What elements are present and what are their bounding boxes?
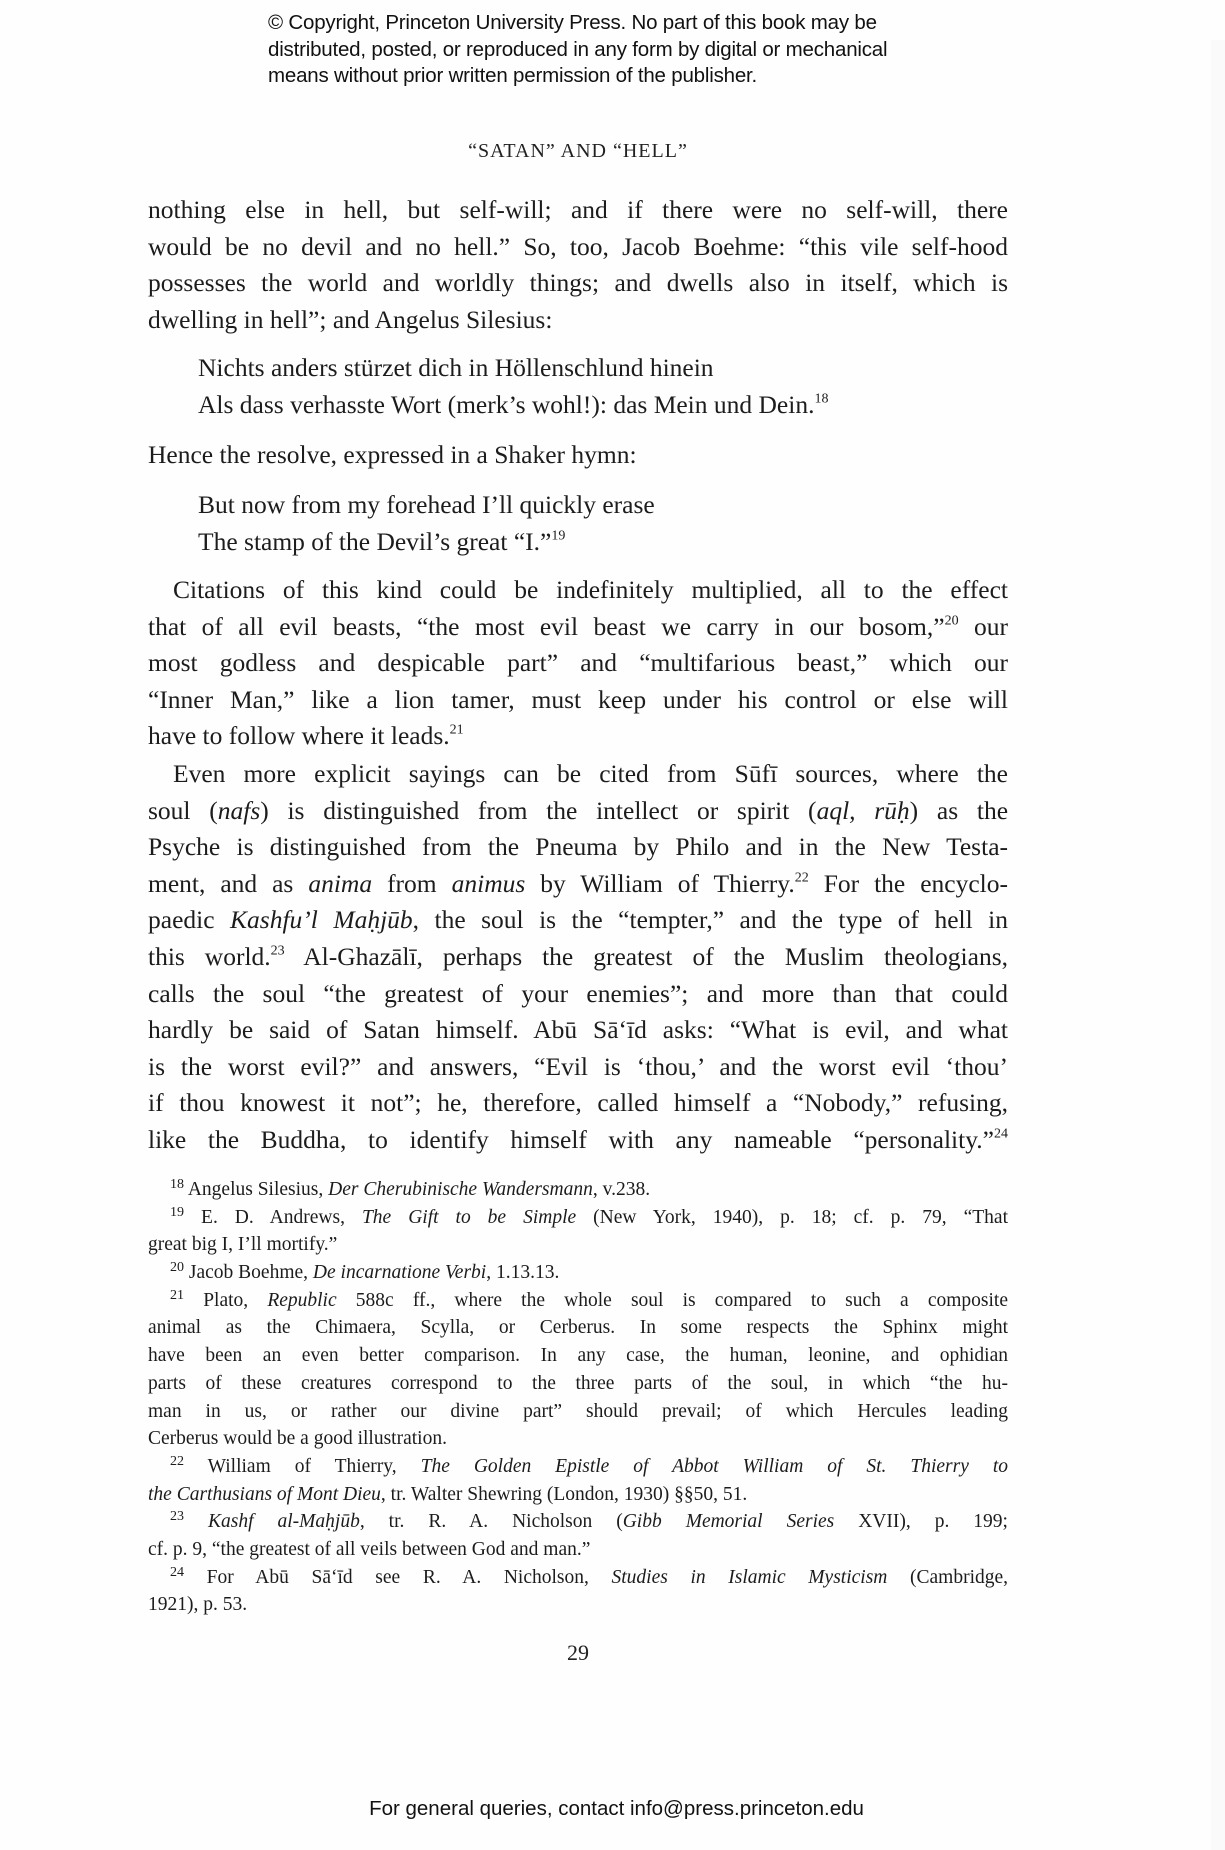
- footnote-20: 20 Jacob Boehme, De incarnatione Verbi, …: [148, 1259, 1008, 1287]
- text-line: Even more explicit sayings can be cited …: [148, 756, 1008, 793]
- text-line: is the worst evil?” and answers, “Evil i…: [148, 1049, 1008, 1086]
- text-line: have to follow where it leads.21: [148, 718, 1008, 755]
- footnote-19-cont: great big I, I’ll mortify.”: [148, 1231, 1008, 1259]
- footnote-ref-22[interactable]: 22: [795, 870, 809, 885]
- footnote-18: 18 Angelus Silesius, Der Cherubinische W…: [148, 1176, 1008, 1204]
- verse-quote-silesius: Nichts anders stürzet dich in Höllenschl…: [148, 350, 1008, 423]
- contact-footer: For general queries, contact info@press.…: [0, 1797, 1225, 1821]
- footnote-ref-20[interactable]: 20: [945, 613, 959, 628]
- footnote-ref-18[interactable]: 18: [814, 391, 828, 406]
- text-line: hardly be said of Satan himself. Abū Sā‘…: [148, 1012, 1008, 1049]
- footnote-ref-23[interactable]: 23: [271, 943, 285, 958]
- running-head: “SATAN” AND “HELL”: [148, 140, 1008, 163]
- paragraph-citations: Citations of this kind could be indefini…: [148, 572, 1008, 755]
- footnote-23-cont: cf. p. 9, “the greatest of all veils bet…: [148, 1536, 1008, 1564]
- footnote-23: 23 Kashf al-Maḥjūb, tr. R. A. Nicholson …: [148, 1508, 1008, 1536]
- page-edge-shadow: [1211, 40, 1225, 1850]
- text-line: possesses the world and worldly things; …: [148, 265, 1008, 302]
- footnote-19: 19 E. D. Andrews, The Gift to be Simple …: [148, 1204, 1008, 1232]
- page-number: 29: [148, 1640, 1008, 1666]
- copyright-line: distributed, posted, or reproduced in an…: [268, 37, 887, 64]
- copyright-notice: © Copyright, Princeton University Press.…: [268, 10, 887, 90]
- text-line: most godless and despicable part” and “m…: [148, 645, 1008, 682]
- text-line: that of all evil beasts, “the most evil …: [148, 609, 1008, 646]
- text-line: dwelling in hell”; and Angelus Silesius:: [148, 302, 1008, 339]
- verse-line: Nichts anders stürzet dich in Höllenschl…: [148, 350, 1008, 387]
- footnote-24: 24 For Abū Sā‘īd see R. A. Nicholson, St…: [148, 1564, 1008, 1592]
- text-line: ment, and as anima from animus by Willia…: [148, 866, 1008, 903]
- copyright-line: means without prior written permission o…: [268, 63, 887, 90]
- paragraph-sufi-sources: Even more explicit sayings can be cited …: [148, 756, 1008, 1159]
- verse-quote-shaker: But now from my forehead I’ll quickly er…: [148, 487, 1008, 560]
- text-line: soul (nafs) is distinguished from the in…: [148, 793, 1008, 830]
- verse-line: But now from my forehead I’ll quickly er…: [148, 487, 1008, 524]
- text-line: if thou knowest it not”; he, therefore, …: [148, 1085, 1008, 1122]
- book-page: © Copyright, Princeton University Press.…: [0, 0, 1225, 1850]
- paragraph-shaker: Hence the resolve, expressed in a Shaker…: [148, 437, 1008, 474]
- footnote-21-cont: man in us, or rather our divine part” sh…: [148, 1398, 1008, 1426]
- footnote-22: 22 William of Thierry, The Golden Epistl…: [148, 1453, 1008, 1481]
- text-line: like the Buddha, to identify himself wit…: [148, 1122, 1008, 1159]
- verse-line: The stamp of the Devil’s great “I.”19: [148, 524, 1008, 561]
- footnote-21: 21 Plato, Republic 588c ff., where the w…: [148, 1287, 1008, 1315]
- verse-line: Als dass verhasste Wort (merk’s wohl!): …: [148, 387, 1008, 424]
- text-line: this world.23 Al-Ghazālī, perhaps the gr…: [148, 939, 1008, 976]
- contact-footer-text: For general queries, contact info@press.…: [369, 1797, 864, 1820]
- text-line: paedic Kashfu’l Maḥjūb, the soul is the …: [148, 902, 1008, 939]
- footnote-21-cont: have been an even better comparison. In …: [148, 1342, 1008, 1370]
- copyright-line: © Copyright, Princeton University Press.…: [268, 10, 887, 37]
- text-line: Citations of this kind could be indefini…: [148, 572, 1008, 609]
- footnote-21-cont: Cerberus would be a good illustration.: [148, 1425, 1008, 1453]
- text-line: calls the soul “the greatest of your ene…: [148, 976, 1008, 1013]
- footnote-ref-24[interactable]: 24: [994, 1126, 1008, 1141]
- footnotes: 18 Angelus Silesius, Der Cherubinische W…: [148, 1176, 1008, 1619]
- paragraph-continuation: nothing else in hell, but self-will; and…: [148, 192, 1008, 338]
- footnote-21-cont: animal as the Chimaera, Scylla, or Cerbe…: [148, 1314, 1008, 1342]
- text-line: Psyche is distinguished from the Pneuma …: [148, 829, 1008, 866]
- footnote-22-cont: the Carthusians of Mont Dieu, tr. Walter…: [148, 1481, 1008, 1509]
- text-line: “Inner Man,” like a lion tamer, must kee…: [148, 682, 1008, 719]
- text-line: Hence the resolve, expressed in a Shaker…: [148, 437, 1008, 474]
- footnote-21-cont: parts of these creatures correspond to t…: [148, 1370, 1008, 1398]
- text-line: would be no devil and no hell.” So, too,…: [148, 229, 1008, 266]
- text-line: nothing else in hell, but self-will; and…: [148, 192, 1008, 229]
- footnote-ref-21[interactable]: 21: [450, 723, 464, 738]
- footnote-24-cont: 1921), p. 53.: [148, 1591, 1008, 1619]
- footnote-ref-19[interactable]: 19: [551, 528, 565, 543]
